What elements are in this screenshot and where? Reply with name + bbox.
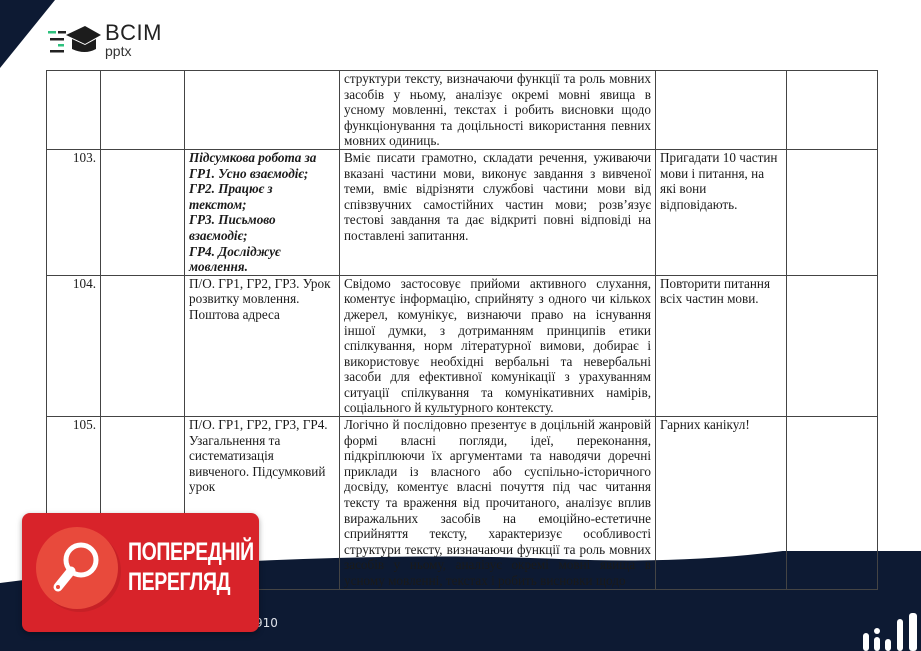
table-row: структури тексту, визначаючи функції та … xyxy=(47,71,878,150)
row-number xyxy=(47,71,101,150)
topic-line: мовлення. xyxy=(189,259,335,275)
logo[interactable]: BCIM pptx xyxy=(48,22,162,58)
row-note xyxy=(787,71,878,150)
row-date xyxy=(101,149,185,275)
brand-bars-icon xyxy=(841,591,921,651)
row-note xyxy=(787,275,878,416)
lesson-plan-table: структури тексту, визначаючи функції та … xyxy=(46,70,878,590)
logo-subtitle: pptx xyxy=(105,44,162,58)
row-date xyxy=(101,71,185,150)
row-homework: Повторити питання всіх частин мови. xyxy=(656,275,787,416)
row-number: 103. xyxy=(47,149,101,275)
row-homework: Пригадати 10 частин мови і питання, на я… xyxy=(656,149,787,275)
magnifier-icon xyxy=(36,527,118,609)
preview-label-line1: ПОПЕРЕДНІЙ xyxy=(128,537,254,567)
corner-decoration xyxy=(0,0,55,68)
table-row: 103. Підсумкова робота за ГР1. Усно взає… xyxy=(47,149,878,275)
row-topic: П/О. ГР1, ГР2, ГР3. Урок розвитку мовлен… xyxy=(185,275,340,416)
row-note xyxy=(787,417,878,590)
row-homework xyxy=(656,71,787,150)
preview-label: ПОПЕРЕДНІЙ ПЕРЕГЛЯД xyxy=(128,537,254,597)
row-topic: Підсумкова робота за ГР1. Усно взаємодіє… xyxy=(185,149,340,275)
logo-title: BCIM xyxy=(105,22,162,44)
preview-label-line2: ПЕРЕГЛЯД xyxy=(128,567,254,597)
row-homework: Гарних канікул! xyxy=(656,417,787,590)
topic-line: взаємодіє; xyxy=(189,228,335,244)
row-expected-result: Свідомо застосовує прийоми активного слу… xyxy=(340,275,656,416)
row-note xyxy=(787,149,878,275)
row-expected-result: Логічно й послідовно презентує в доцільн… xyxy=(340,417,656,590)
topic-line: ГР2. Працює з xyxy=(189,181,335,197)
row-expected-result: структури тексту, визначаючи функції та … xyxy=(340,71,656,150)
preview-badge[interactable]: ПОПЕРЕДНІЙ ПЕРЕГЛЯД xyxy=(22,513,259,632)
graduation-cap-icon xyxy=(48,23,103,57)
topic-line: ГР1. Усно взаємодіє; xyxy=(189,166,335,182)
table-row: 104. П/О. ГР1, ГР2, ГР3. Урок розвитку м… xyxy=(47,275,878,416)
topic-line: ГР4. Досліджує xyxy=(189,244,335,260)
row-expected-result: Вміє писати грамотно, складати речення, … xyxy=(340,149,656,275)
topic-line: Підсумкова робота за xyxy=(189,150,335,166)
row-date xyxy=(101,275,185,416)
topic-line: текстом; xyxy=(189,197,335,213)
topic-line: ГР3. Письмово xyxy=(189,212,335,228)
row-topic xyxy=(185,71,340,150)
row-number: 104. xyxy=(47,275,101,416)
